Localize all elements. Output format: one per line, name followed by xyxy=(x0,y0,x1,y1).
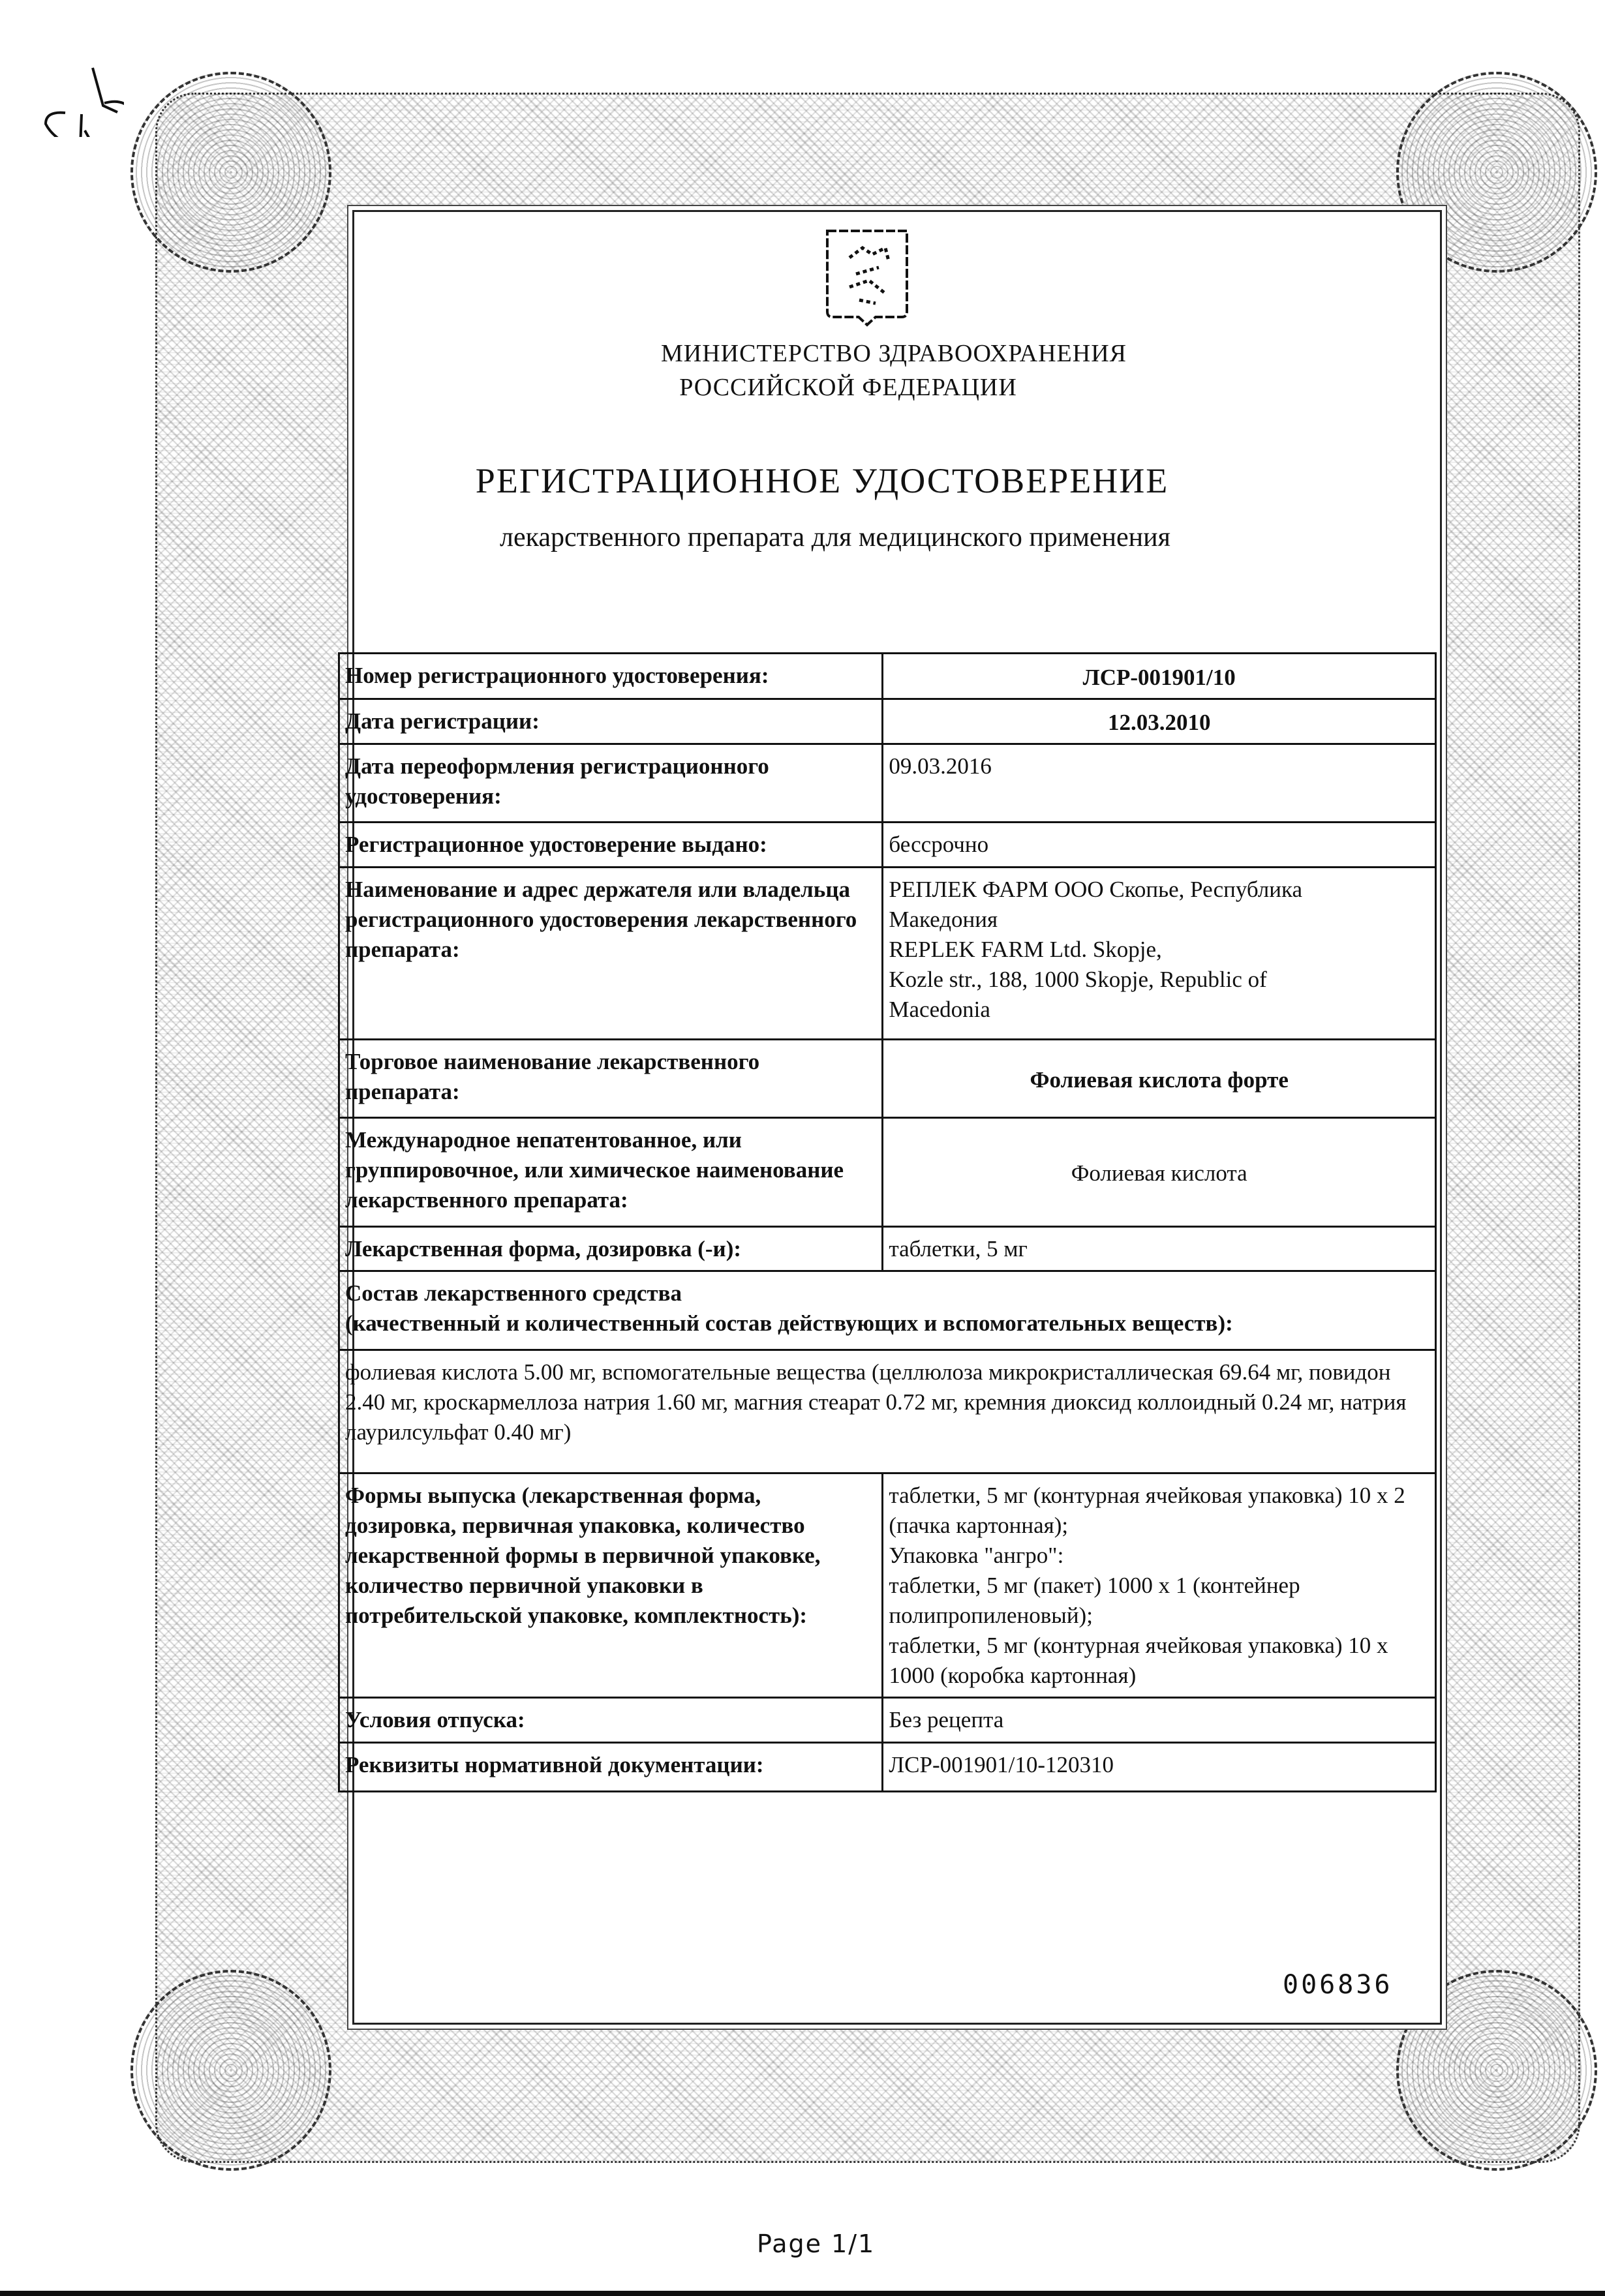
table-row: Состав лекарственного средства (качестве… xyxy=(339,1271,1436,1350)
dosage-form: таблетки, 5 мг xyxy=(883,1227,1436,1271)
serial-number: 006836 xyxy=(1283,1970,1393,2000)
row-label: Торговое наименование лекарственного пре… xyxy=(339,1040,883,1118)
row-label: Наименование и адрес держателя или владе… xyxy=(339,868,883,1040)
table-row: Номер регистрационного удостоверения: ЛС… xyxy=(339,654,1436,699)
composition-heading: Состав лекарственного средства (качестве… xyxy=(339,1271,1436,1350)
composition-heading-line1: Состав лекарственного средства xyxy=(345,1278,1429,1308)
page-indicator: Page 1/1 xyxy=(757,2229,875,2258)
ministry-name-line2: РОССИЙСКОЙ ФЕДЕРАЦИИ xyxy=(46,373,1605,402)
row-label: Формы выпуска (лекарственная форма, дози… xyxy=(339,1473,883,1698)
certificate-table: Номер регистрационного удостоверения: ЛС… xyxy=(338,652,1437,1792)
table-row: Формы выпуска (лекарственная форма, дози… xyxy=(339,1473,1436,1698)
table-row: Лекарственная форма, дозировка (-и): таб… xyxy=(339,1227,1436,1271)
table-row: Наименование и адрес держателя или владе… xyxy=(339,868,1436,1040)
inn-name: Фолиевая кислота xyxy=(883,1118,1436,1227)
table-row: Торговое наименование лекарственного пре… xyxy=(339,1040,1436,1118)
table-row: Международное непатентованное, или групп… xyxy=(339,1118,1436,1227)
release-forms: таблетки, 5 мг (контурная ячейковая упак… xyxy=(883,1473,1436,1698)
holder-name-address: РЕПЛЕК ФАРМ ООО Скопье, Республика Макед… xyxy=(883,868,1436,1040)
table-row: Дата регистрации: 12.03.2010 xyxy=(339,699,1436,744)
validity: бессрочно xyxy=(883,823,1436,868)
table-row: Дата переоформления регистрационного удо… xyxy=(339,744,1436,823)
frame-corner-ornament xyxy=(130,1970,331,2171)
row-label: Дата переоформления регистрационного удо… xyxy=(339,744,883,823)
holder-line: Macedonia xyxy=(889,995,1429,1025)
table-row: Реквизиты нормативной документации: ЛСР-… xyxy=(339,1743,1436,1792)
row-label: Международное непатентованное, или групп… xyxy=(339,1118,883,1227)
row-label: Реквизиты нормативной документации: xyxy=(339,1743,883,1792)
row-label: Номер регистрационного удостоверения: xyxy=(339,654,883,699)
document-title: РЕГИСТРАЦИОННОЕ УДОСТОВЕРЕНИЕ xyxy=(0,461,1605,501)
release-form-line: таблетки, 5 мг (контурная ячейковая упак… xyxy=(889,1481,1429,1541)
composition-text: фолиевая кислота 5.00 мг, вспомогательны… xyxy=(339,1350,1436,1473)
row-label: Лекарственная форма, дозировка (-и): xyxy=(339,1227,883,1271)
composition-heading-line2: (качественный и количественный состав де… xyxy=(345,1308,1429,1338)
registration-number: ЛСР-001901/10 xyxy=(883,654,1436,699)
release-form-line: Упаковка "ангро": xyxy=(889,1541,1429,1571)
footer-rule xyxy=(0,2291,1605,2296)
frame-corner-ornament xyxy=(130,72,331,273)
holder-line: Kozle str., 188, 1000 Skopje, Republic o… xyxy=(889,965,1429,995)
table-row: Условия отпуска: Без рецепта xyxy=(339,1698,1436,1743)
table-row: Регистрационное удостоверение выдано: бе… xyxy=(339,823,1436,868)
ministry-name-line1: МИНИСТЕРСТВО ЗДРАВООХРАНЕНИЯ xyxy=(91,339,1605,368)
release-form-line: таблетки, 5 мг (контурная ячейковая упак… xyxy=(889,1631,1429,1691)
document-subtitle: лекарственного препарата для медицинског… xyxy=(0,522,1605,553)
row-label: Условия отпуска: xyxy=(339,1698,883,1743)
release-form-line: таблетки, 5 мг (пакет) 1000 х 1 (контейн… xyxy=(889,1571,1429,1631)
reissue-date: 09.03.2016 xyxy=(883,744,1436,823)
row-label: Дата регистрации: xyxy=(339,699,883,744)
holder-line: REPLEK FARM Ltd. Skopje, xyxy=(889,935,1429,965)
table-row: фолиевая кислота 5.00 мг, вспомогательны… xyxy=(339,1350,1436,1473)
row-label: Регистрационное удостоверение выдано: xyxy=(339,823,883,868)
coat-of-arms-icon xyxy=(823,228,911,327)
holder-line: Македония xyxy=(889,905,1429,935)
handwritten-signature-icon xyxy=(20,33,124,137)
registration-date: 12.03.2010 xyxy=(883,699,1436,744)
holder-line: РЕПЛЕК ФАРМ ООО Скопье, Республика xyxy=(889,875,1429,905)
trade-name: Фолиевая кислота форте xyxy=(883,1040,1436,1118)
normative-document: ЛСР-001901/10-120310 xyxy=(883,1743,1436,1792)
dispensing-conditions: Без рецепта xyxy=(883,1698,1436,1743)
